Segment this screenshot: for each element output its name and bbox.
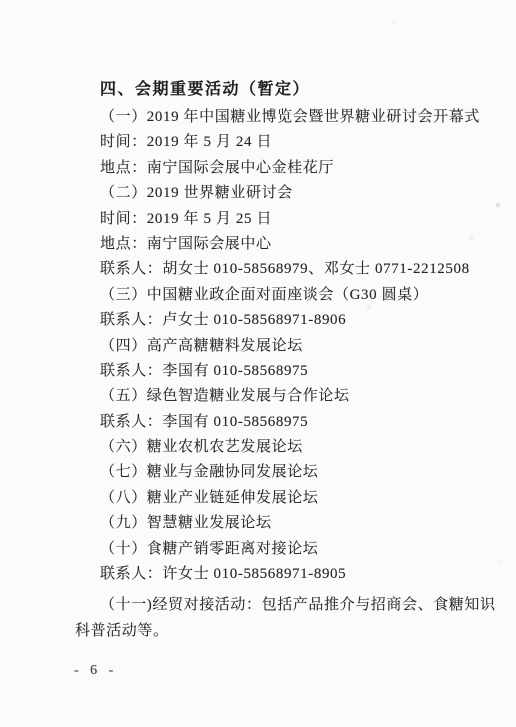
text-line: 联系人：李国有 010-58568975 — [75, 359, 455, 384]
text-line: 联系人：胡女士 010-58568979、邓女士 0771-2212508 — [75, 257, 455, 282]
text-line: 时间：2019 年 5 月 24 日 — [75, 130, 455, 155]
text-line: 时间：2019 年 5 月 25 日 — [75, 207, 455, 232]
text-line: （十）食糖产销零距离对接论坛 — [75, 537, 455, 562]
page-number: - 6 - — [74, 663, 117, 679]
text-line: （八）糖业产业链延伸发展论坛 — [75, 486, 455, 511]
text-line: （二）2019 世界糖业研讨会 — [75, 181, 455, 206]
text-line: （六）糖业农机农艺发展论坛 — [75, 435, 455, 460]
text-line: （三）中国糖业政企面对面座谈会（G30 圆桌） — [75, 283, 455, 308]
text-line: （一）2019 年中国糖业博览会暨世界糖业研讨会开幕式 — [75, 105, 455, 130]
text-line: 联系人：李国有 010-58568975 — [75, 410, 455, 435]
document-page: 四、会期重要活动（暂定） （一）2019 年中国糖业博览会暨世界糖业研讨会开幕式… — [75, 76, 455, 644]
document-body: （一）2019 年中国糖业博览会暨世界糖业研讨会开幕式时间：2019 年 5 月… — [75, 105, 455, 644]
text-line: （四）高产高糖糖料发展论坛 — [75, 334, 455, 359]
text-line: 地点：南宁国际会展中心 — [75, 232, 455, 257]
text-line: 联系人：卢女士 010-58568971-8906 — [75, 308, 455, 333]
text-line: 科普活动等。 — [75, 619, 455, 644]
text-line: 地点：南宁国际会展中心金桂花厅 — [75, 156, 455, 181]
text-line: （十一)经贸对接活动：包括产品推介与招商会、食糖知识 — [75, 593, 455, 618]
scan-noise — [0, 0, 2, 2]
text-line: （七）糖业与金融协同发展论坛 — [75, 460, 455, 485]
text-line: （九）智慧糖业发展论坛 — [75, 511, 455, 536]
text-line: （五）绿色智造糖业发展与合作论坛 — [75, 384, 455, 409]
section-heading: 四、会期重要活动（暂定） — [75, 76, 455, 104]
text-line: 联系人：许女士 010-58568971-8905 — [75, 562, 455, 587]
